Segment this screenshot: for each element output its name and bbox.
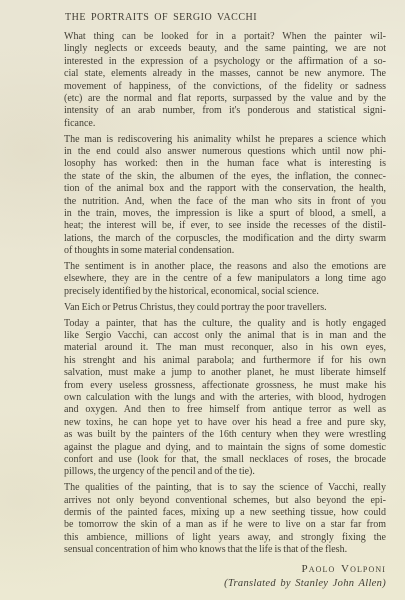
text-line: elsewhere, they are in the centre of a f…	[64, 273, 386, 285]
text-line: pillows, the urgency of the pencil and o…	[64, 466, 386, 478]
text-line: The qualities of the painting, that is t…	[64, 482, 386, 494]
text-line: new toxins, he can hope yet to have over…	[64, 417, 386, 429]
text-line: material around it. The man must reconqu…	[64, 342, 386, 354]
body-paragraphs: What thing can be looked for in a portai…	[64, 31, 386, 557]
text-line: and oxygen. And then to free himself fro…	[64, 404, 386, 416]
text-line: ficance.	[64, 118, 386, 130]
text-line: own calculation with the lungs and with …	[64, 392, 386, 404]
text-line: dermis of the painted faces, mixing up a…	[64, 507, 386, 519]
paragraph: Today a painter, that has the culture, t…	[64, 318, 386, 479]
paragraph: The qualities of the painting, that is t…	[64, 482, 386, 556]
text-line: the state of the skin, the albumen of th…	[64, 171, 386, 183]
translator-note: (Translated by Stanley John Allen)	[64, 576, 386, 591]
page-title: THE PORTRAITS OF SERGIO VACCHI	[65, 11, 386, 24]
text-line: his strenght and his animal parabola; an…	[64, 355, 386, 367]
text-line: (etc) are the normal and flat reports, s…	[64, 93, 386, 105]
text-line: interested in the expression of a psycho…	[64, 56, 386, 68]
text-line: The man is rediscovering his animality w…	[64, 134, 386, 146]
text-line: intensity of an arab number, from it's p…	[64, 105, 386, 117]
text-line: What thing can be looked for in a portai…	[64, 31, 386, 43]
signature-block: Paolo Volponi (Translated by Stanley Joh…	[64, 562, 386, 591]
text-line: Today a painter, that has the culture, t…	[64, 318, 386, 330]
text-line: cial state, elements already in the mass…	[64, 68, 386, 80]
text-line: the nutrition. And, when the face of the…	[64, 196, 386, 208]
text-line: of thoughts in some material condensatio…	[64, 245, 386, 257]
text-line: as was built by the painters of the 16th…	[64, 429, 386, 441]
author-name: Paolo Volponi	[64, 562, 386, 576]
text-line: lingly neglects or exceeds beauty, and t…	[64, 43, 386, 55]
text-line: sensual concentration of him who knows t…	[64, 544, 386, 556]
text-line: Van Eich or Petrus Christus, they could …	[64, 302, 386, 314]
text-line: against the plague and dying, and to mai…	[64, 442, 386, 454]
text-line: lations, the march of the corpuscles, th…	[64, 233, 386, 245]
text-line: salvation, must make a jump to another p…	[64, 367, 386, 379]
paragraph: The man is rediscovering his animality w…	[64, 134, 386, 258]
paragraph: What thing can be looked for in a portai…	[64, 31, 386, 130]
text-line: from every useless grossness, affectiona…	[64, 380, 386, 392]
text-line: tion of the animal box and the rapport w…	[64, 183, 386, 195]
text-line: in the end could also answer numerous qu…	[64, 146, 386, 158]
text-line: this ambience, millions of light years a…	[64, 532, 386, 544]
text-line: in the train, moves, the impression is l…	[64, 208, 386, 220]
text-line: confort and use (look for that, the smal…	[64, 454, 386, 466]
text-line: be tomorrow the skin of a man as if he w…	[64, 519, 386, 531]
text-line: like Sergio Vacchi, can accost only the …	[64, 330, 386, 342]
text-line: heat; the interest will be, if ever, to …	[64, 220, 386, 232]
paragraph: Van Eich or Petrus Christus, they could …	[64, 302, 386, 314]
text-line: The sentiment is in another place, the r…	[64, 261, 386, 273]
text-line: losophy has worked: then in the human fa…	[64, 158, 386, 170]
text-line: precisely identified by the historical, …	[64, 286, 386, 298]
text-line: movement of happiness, of the conviction…	[64, 81, 386, 93]
text-line: arrives not only beyond conventional sch…	[64, 495, 386, 507]
paragraph: The sentiment is in another place, the r…	[64, 261, 386, 298]
book-page: THE PORTRAITS OF SERGIO VACCHI What thin…	[0, 0, 405, 600]
